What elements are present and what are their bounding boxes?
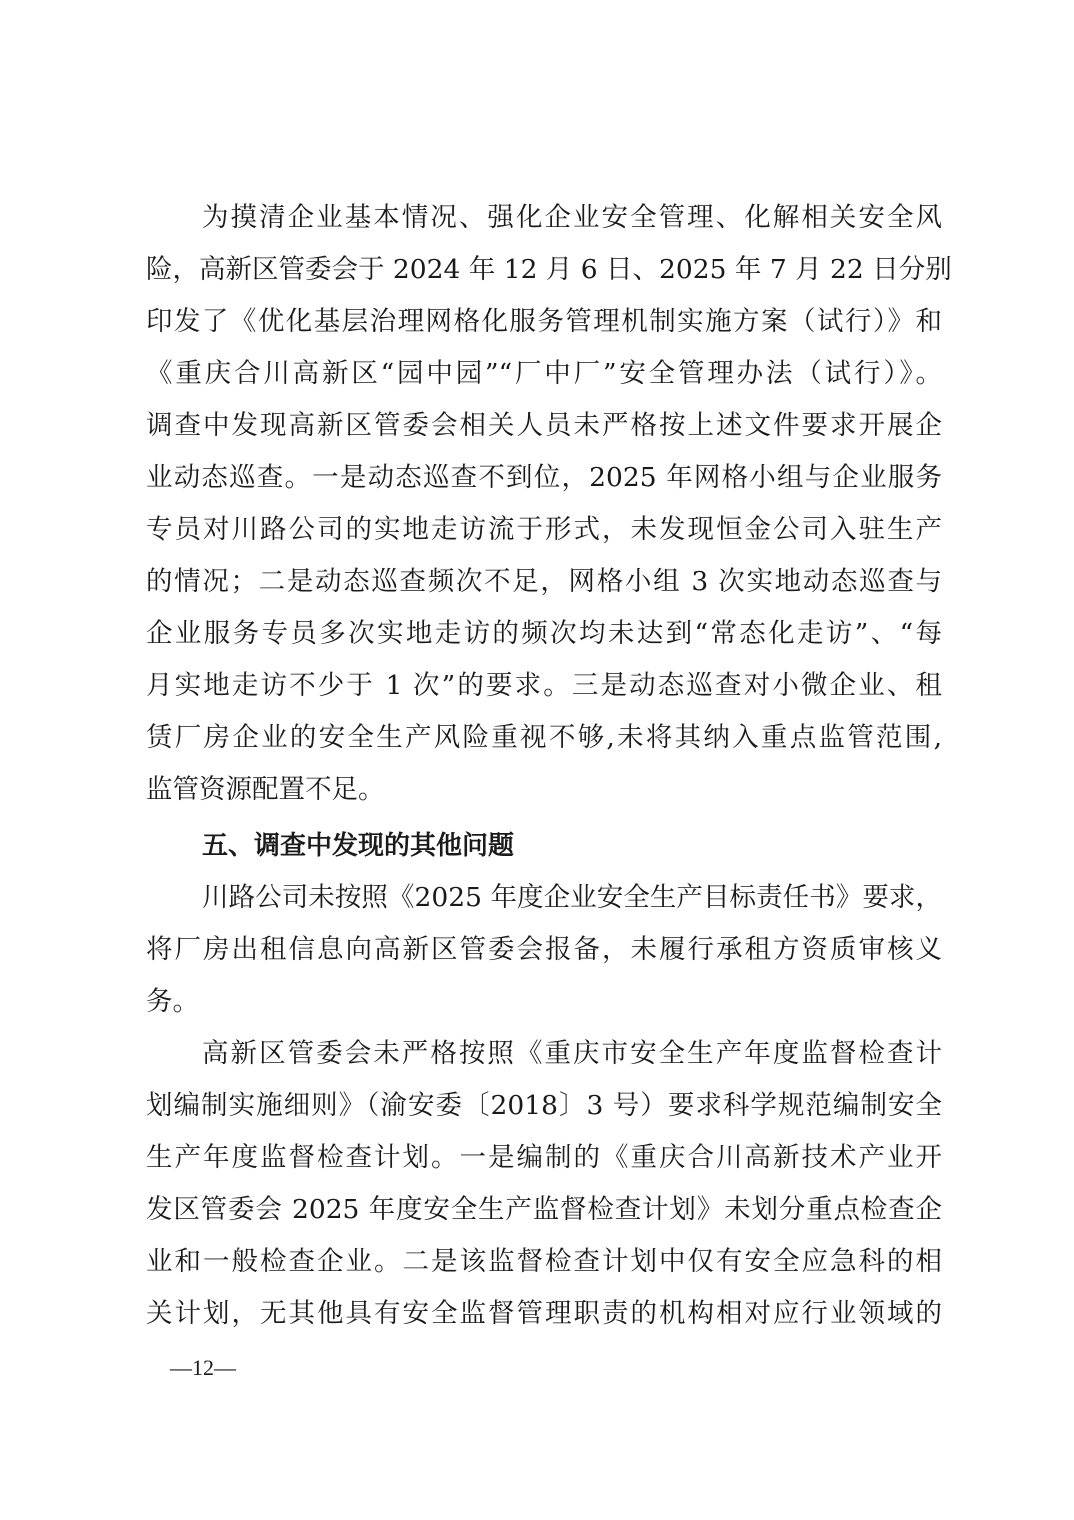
paragraph-line: 赁厂房企业的安全生产风险重视不够,未将其纳入重点监管范围, [146,718,942,758]
paragraph-line: 《重庆合川高新区“园中园”“厂中厂”安全管理办法（试行）》。 [146,354,942,394]
paragraph-line: 监管资源配置不足。 [146,770,942,810]
paragraph-line: 的情况；二是动态巡查频次不足，网格小组 3 次实地动态巡查与 [146,562,942,602]
document-page: 为摸清企业基本情况、强化企业安全管理、化解相关安全风 险，高新区管委会于 202… [0,0,1074,1520]
paragraph-line: 业和一般检查企业。二是该监督检查计划中仅有安全应急科的相 [146,1242,942,1282]
paragraph-line: 为摸清企业基本情况、强化企业安全管理、化解相关安全风 [202,198,942,238]
paragraph-line: 务。 [146,982,942,1022]
paragraph-line: 专员对川路公司的实地走访流于形式，未发现恒金公司入驻生产 [146,510,942,550]
section-heading: 五、调查中发现的其他问题 [202,826,514,866]
paragraph-line: 印发了《优化基层治理网格化服务管理机制实施方案（试行）》和 [146,302,942,342]
paragraph-line: 划编制实施细则》（渝安委〔2018〕3 号）要求科学规范编制安全 [146,1086,942,1126]
paragraph-line: 险，高新区管委会于 2024 年 12 月 6 日、2025 年 7 月 22 … [146,250,942,290]
paragraph-line: 将厂房出租信息向高新区管委会报备，未履行承租方资质审核义 [146,930,942,970]
paragraph-line: 企业服务专员多次实地走访的频次均未达到“常态化走访”、“每 [146,614,942,654]
paragraph-line: 调查中发现高新区管委会相关人员未严格按上述文件要求开展企 [146,406,942,446]
paragraph-line: 业动态巡查。一是动态巡查不到位，2025 年网格小组与企业服务 [146,458,942,498]
paragraph-line: 关计划，无其他具有安全监督管理职责的机构相对应行业领域的 [146,1294,942,1334]
paragraph-line: 川路公司未按照《2025 年度企业安全生产目标责任书》要求， [202,878,942,918]
paragraph-line: 发区管委会 2025 年度安全生产监督检查计划》未划分重点检查企 [146,1190,942,1230]
paragraph-line: 生产年度监督检查计划。一是编制的《重庆合川高新技术产业开 [146,1138,942,1178]
page-number: —12— [170,1353,236,1383]
paragraph-line: 月实地走访不少于 1 次”的要求。三是动态巡查对小微企业、租 [146,666,942,706]
paragraph-line: 高新区管委会未严格按照《重庆市安全生产年度监督检查计 [202,1034,942,1074]
